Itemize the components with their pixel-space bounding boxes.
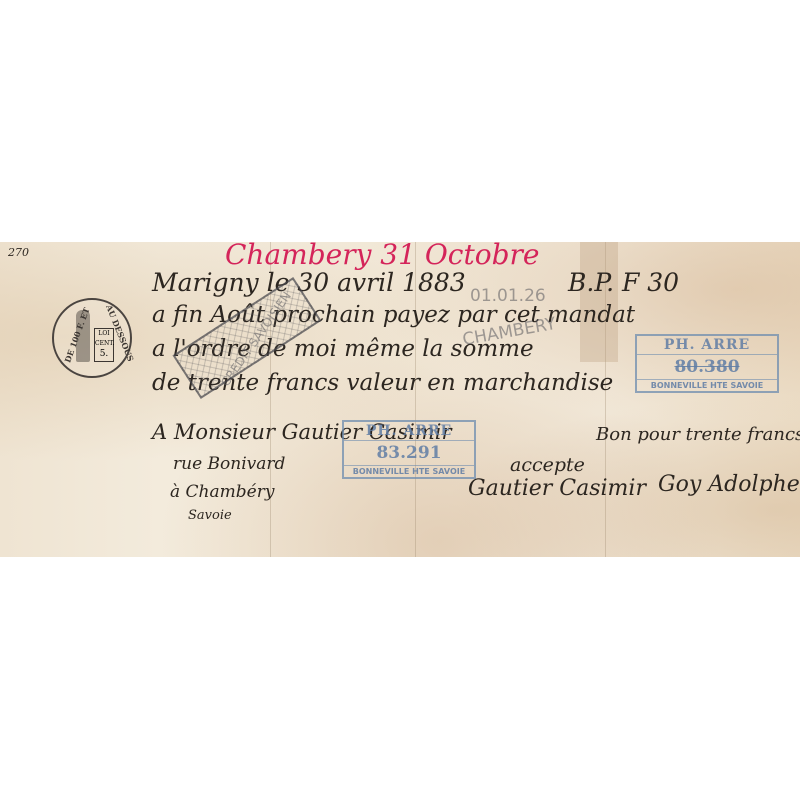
drawer-signature: Goy Adolphe (658, 472, 800, 497)
seal-tablet-law: LOI (95, 329, 113, 339)
place-date: Marigny le 30 avril 1883 (152, 268, 466, 297)
drawee-city: à Chambéry (170, 482, 274, 502)
stamp-number: 80.380 (637, 355, 777, 379)
red-header-annotation: Chambery 31 Octobre (225, 242, 539, 271)
acceptance: accepte (510, 454, 585, 476)
seal-tablet-cent: CENT. (95, 339, 113, 349)
amount-label: B.P. F 30 (568, 268, 679, 297)
corner-number: 270 (8, 246, 29, 259)
stamp-name: PH. ARRE (637, 336, 777, 355)
drawee-street: rue Bonivard (173, 454, 285, 474)
stamp-place: BONNEVILLE HTE SAVOIE (344, 465, 474, 477)
seal-value: 5. (95, 349, 113, 359)
blue-stamp-right: PH. ARRE 80.380 BONNEVILLE HTE SAVOIE (635, 334, 779, 393)
stamp-number: 83.291 (344, 441, 474, 465)
acceptor-signature: Gautier Casimir (468, 476, 646, 501)
stamp-place: BONNEVILLE HTE SAVOIE (637, 379, 777, 391)
blue-stamp-center: PH. ARRE 83.291 BONNEVILLE HTE SAVOIE (342, 420, 476, 479)
bon-pour: Bon pour trente francs (596, 424, 800, 445)
fiscal-seal-icon: DE 100 F. ET AU DESSOUS LOI CENT. 5. (52, 298, 132, 378)
stamp-name: PH. ARRE (344, 422, 474, 441)
drawee-region: Savoie (188, 508, 232, 523)
justice-figure-icon (76, 310, 90, 362)
date-stamp: 01.01.26 (470, 286, 546, 306)
bill-of-exchange-document: 270 DE 100 F. ET AU DESSOUS LOI CENT. 5.… (0, 242, 800, 557)
